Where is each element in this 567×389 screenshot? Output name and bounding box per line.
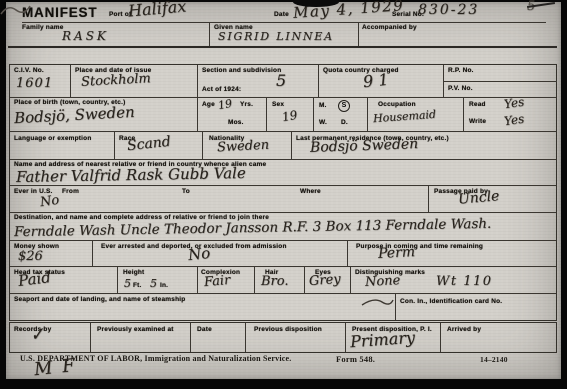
- family-name-label: Family name: [22, 24, 64, 31]
- date-label: Date: [274, 11, 289, 18]
- money-cell: Money shown $26: [10, 241, 92, 266]
- previously-examined-label: Previously examined at: [97, 326, 174, 333]
- sex-value: 19: [281, 108, 298, 124]
- present-disposition-cell: Present disposition, P. I. Primary: [345, 323, 440, 352]
- hair-value: Bro.: [261, 274, 289, 289]
- relative-value: Father Valfrid Rask Gubb Vale: [16, 164, 246, 186]
- row-seaport: Seaport and date of landing, and name of…: [10, 294, 556, 320]
- widowed-label: W.: [319, 119, 327, 126]
- manifest-card: MANIFEST Port of Halifax Date May 4, 192…: [6, 2, 561, 379]
- where-label: Where: [300, 188, 321, 195]
- ever-us-value: No: [39, 193, 60, 211]
- occupation-value: Housemaid: [373, 108, 437, 125]
- header-thick-rule: [8, 46, 557, 48]
- exam-date-cell: Date: [190, 323, 245, 352]
- weight-value: Wt 110: [436, 274, 493, 289]
- con-in-card-label: Con. In., Identification card No.: [400, 298, 502, 305]
- seaport-divider: [395, 294, 396, 320]
- height-label: Height: [123, 269, 144, 276]
- height-in-value: 5: [150, 277, 157, 290]
- write-label: Write: [469, 118, 486, 125]
- quota-value: 9 1: [362, 70, 389, 92]
- divorced-label: D.: [341, 119, 348, 126]
- complexion-cell: Complexion Fair: [197, 267, 254, 293]
- married-label: M.: [319, 102, 327, 109]
- present-disposition-value: Primary: [349, 328, 415, 351]
- passage-value: Uncle: [457, 188, 500, 208]
- sex-cell: Sex 19: [266, 98, 313, 131]
- seaport-label: Seaport and date of landing, and name of…: [14, 296, 185, 303]
- rp-label: R.P. No.: [448, 67, 474, 74]
- previous-disposition-label: Previous disposition: [254, 326, 322, 333]
- row-relative: Name and address of nearest relative or …: [10, 160, 556, 186]
- marks-cell: Distinguishing marks None Wt 110: [350, 267, 556, 293]
- purpose-value: Perm: [378, 244, 416, 262]
- rp-pv-divider: [444, 81, 557, 82]
- row-destination: Destination, and name and complete addre…: [10, 213, 556, 241]
- arrived-by-cell: Arrived by: [440, 323, 556, 352]
- to-label: To: [182, 188, 190, 195]
- records-by-cell: Records by ✓: [10, 323, 90, 352]
- purpose-label: Purpose in coming and time remaining: [356, 243, 483, 250]
- height-in-label: In.: [160, 282, 168, 289]
- sex-label: Sex: [272, 101, 284, 108]
- height-ft-label: Ft.: [133, 282, 142, 289]
- port-of-value: Halifax: [127, 0, 187, 21]
- arrested-value: No: [187, 244, 211, 264]
- act-label: Act of 1924:: [202, 86, 241, 93]
- previously-examined-cell: Previously examined at: [90, 323, 190, 352]
- issue-value: Stockholm: [81, 71, 152, 90]
- family-name-value: RASK: [62, 29, 109, 43]
- height-cell: Height 5 Ft. 5 In.: [117, 267, 197, 293]
- scanned-manifest-card: MANIFEST Port of Halifax Date May 4, 192…: [0, 0, 567, 389]
- issue-cell: Place and date of issue Stockholm: [70, 65, 197, 97]
- headtax-cell: Head tax status Paid: [10, 267, 117, 293]
- race-value: Scand: [126, 134, 171, 154]
- read-write-cell: Read Yes Write Yes: [463, 98, 556, 131]
- passage-divider: [428, 186, 429, 213]
- pen-mark: [360, 296, 394, 308]
- occupation-cell: Occupation Housemaid: [367, 98, 463, 131]
- race-cell: Race Scand: [114, 132, 202, 159]
- given-name-value: SIGRID LINNEA: [218, 30, 334, 43]
- eyes-value: Grey: [309, 272, 342, 289]
- print-code: 14–2140: [480, 356, 508, 364]
- from-label: From: [62, 188, 79, 195]
- marital-cell: M. S W. D.: [313, 98, 367, 131]
- pv-label: P.V. No.: [448, 85, 473, 92]
- hair-cell: Hair Bro.: [254, 267, 304, 293]
- single-circled: S: [338, 100, 350, 112]
- records-table: Records by ✓ Previously examined at Date…: [9, 322, 557, 353]
- yrs-label: Yrs.: [240, 101, 253, 108]
- row-ever-us: Ever in U.S. From To Where Passage paid …: [10, 186, 556, 213]
- read-value: Yes: [503, 95, 525, 112]
- money-value: $26: [18, 249, 43, 264]
- row-birth: Place of birth (town, country, etc.) Bod…: [10, 98, 556, 132]
- write-value: Yes: [503, 112, 525, 129]
- language-cell: Language or exemption: [10, 132, 114, 159]
- headtax-value: Paid: [17, 268, 52, 290]
- act-value: 5: [276, 71, 286, 90]
- row-money: Money shown $26 Ever arrested and deport…: [10, 241, 556, 267]
- section-cell: Section and subdivision Act of 1924: 5: [197, 65, 318, 97]
- previous-disposition-cell: Previous disposition: [245, 323, 345, 352]
- quota-cell: Quota country charged 9 1: [318, 65, 443, 97]
- purpose-cell: Purpose in coming and time remaining Per…: [347, 241, 556, 266]
- form-number: Form 548.: [336, 355, 375, 364]
- civ-label: C.I.V. No.: [14, 67, 44, 74]
- exam-date-label: Date: [197, 326, 212, 333]
- civ-value: 1601: [16, 76, 53, 91]
- age-label: Age: [202, 101, 215, 108]
- civ-cell: C.I.V. No. 1601: [10, 65, 70, 97]
- nationality-cell: Nationality Sweden: [202, 132, 291, 159]
- language-label: Language or exemption: [14, 135, 92, 142]
- serial-no-value: 830-23: [418, 2, 479, 18]
- arrived-by-label: Arrived by: [447, 326, 481, 333]
- main-table: C.I.V. No. 1601 Place and date of issue …: [9, 64, 557, 321]
- header-divider-1: [209, 23, 210, 46]
- mos-label: Mos.: [228, 119, 244, 126]
- section-label: Section and subdivision: [202, 67, 281, 74]
- occupation-label: Occupation: [378, 101, 416, 108]
- age-value: 19: [217, 97, 233, 112]
- header-divider-2: [358, 23, 359, 46]
- read-label: Read: [469, 101, 486, 108]
- row-physical: Head tax status Paid Height 5 Ft. 5 In. …: [10, 267, 556, 294]
- complexion-value: Fair: [203, 273, 230, 290]
- corner-pen-squiggle: [0, 0, 40, 24]
- eyes-cell: Eyes Grey: [304, 267, 350, 293]
- residence-value: Bodsjö Sweden: [310, 136, 419, 156]
- marks-value: None: [365, 273, 401, 290]
- row-race: Language or exemption Race Scand Nationa…: [10, 132, 556, 160]
- height-ft-value: 5: [124, 277, 131, 290]
- rp-pv-cell: R.P. No. P.V. No.: [443, 65, 556, 97]
- nationality-value: Sweden: [217, 138, 270, 156]
- header-rule: [22, 22, 546, 23]
- residence-cell: Last permanent residence (town, country,…: [291, 132, 556, 159]
- clerk-initials: M F: [33, 355, 78, 380]
- birth-cell: Place of birth (town, country, etc.) Bod…: [10, 98, 197, 131]
- age-cell: Age 19 Yrs. Mos.: [197, 98, 266, 131]
- row-civ: C.I.V. No. 1601 Place and date of issue …: [10, 65, 556, 98]
- arrested-cell: Ever arrested and deported, or excluded …: [92, 241, 347, 266]
- accompanied-by-label: Accompanied by: [362, 24, 417, 31]
- birth-value: Bodsjö, Sweden: [14, 103, 135, 127]
